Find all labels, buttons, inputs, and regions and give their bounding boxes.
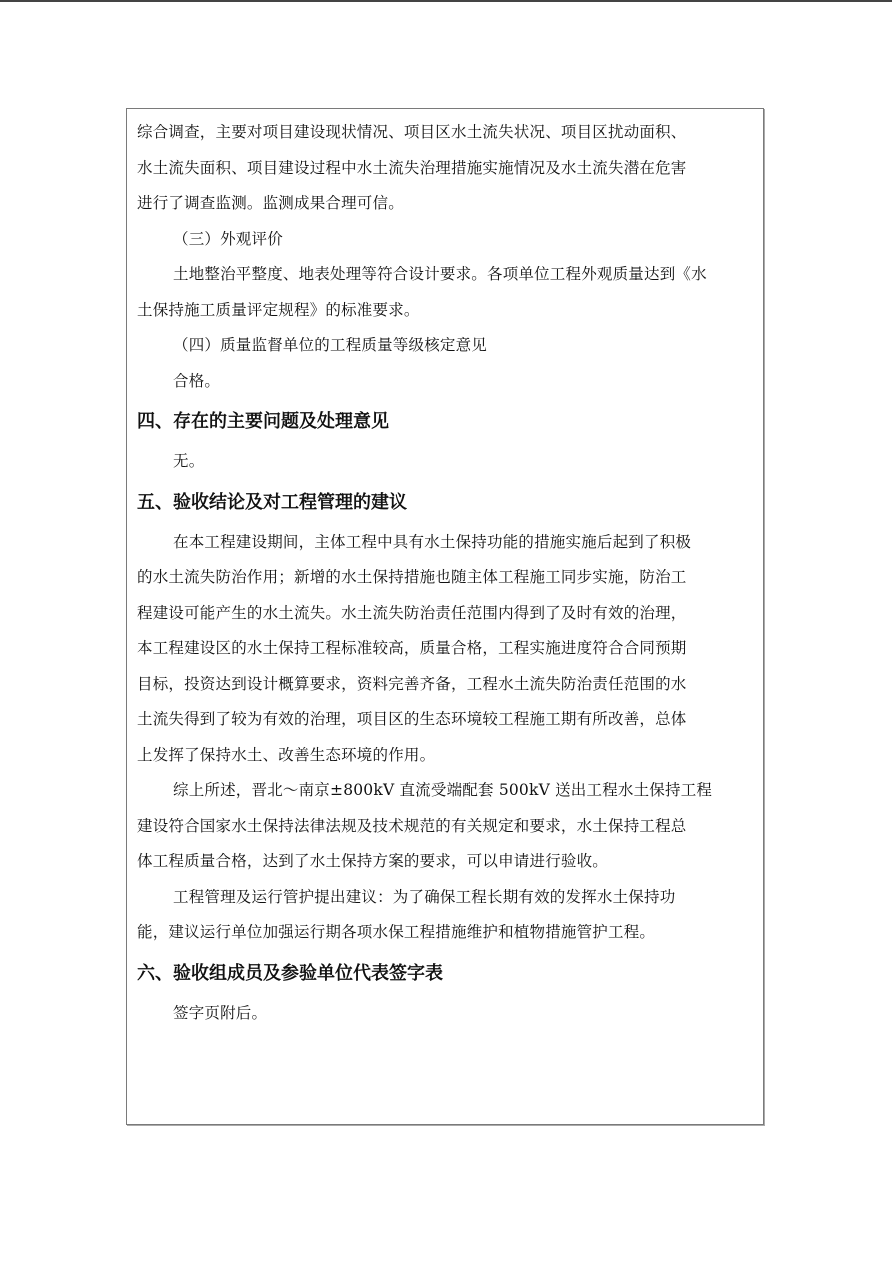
body-line: 建设符合国家水土保持法律法规及技术规范的有关规定和要求，水土保持工程总 [137, 809, 757, 845]
body-line: 综合调查，主要对项目建设现状情况、项目区水土流失状况、项目区扰动面积、 [137, 115, 757, 151]
document-body: 综合调查，主要对项目建设现状情况、项目区水土流失状况、项目区扰动面积、 水土流失… [137, 115, 757, 1031]
body-line: 本工程建设区的水土保持工程标准较高，质量合格，工程实施进度符合合同预期 [137, 631, 757, 667]
page-top-rule [0, 0, 892, 2]
content-frame: 综合调查，主要对项目建设现状情况、项目区水土流失状况、项目区扰动面积、 水土流失… [126, 108, 764, 1125]
body-line: 的水土流失防治作用；新增的水土保持措施也随主体工程施工同步实施，防治工 [137, 560, 757, 596]
section-heading-issues: 四、存在的主要问题及处理意见 [137, 399, 757, 444]
subsection-title-appearance: （三）外观评价 [137, 222, 757, 258]
section-heading-conclusion: 五、验收结论及对工程管理的建议 [137, 480, 757, 525]
body-line: 目标，投资达到设计概算要求，资料完善齐备，工程水土流失防治责任范围的水 [137, 667, 757, 703]
body-line: 上发挥了保持水土、改善生态环境的作用。 [137, 738, 757, 774]
body-line: 工程管理及运行管护提出建议：为了确保工程长期有效的发挥水土保持功 [137, 880, 757, 916]
body-line: 土流失得到了较为有效的治理，项目区的生态环境较工程施工期有所改善，总体 [137, 702, 757, 738]
body-line: 无。 [137, 444, 757, 480]
body-line: 程建设可能产生的水土流失。水土流失防治责任范围内得到了及时有效的治理， [137, 596, 757, 632]
body-line: 在本工程建设期间，主体工程中具有水土保持功能的措施实施后起到了积极 [137, 525, 757, 561]
body-line: 土地整治平整度、地表处理等符合设计要求。各项单位工程外观质量达到《水 [137, 257, 757, 293]
body-line: 能，建议运行单位加强运行期各项水保工程措施维护和植物措施管护工程。 [137, 915, 757, 951]
body-line: 体工程质量合格，达到了水土保持方案的要求，可以申请进行验收。 [137, 844, 757, 880]
body-line: 水土流失面积、项目建设过程中水土流失治理措施实施情况及水土流失潜在危害 [137, 151, 757, 187]
body-line: 合格。 [137, 364, 757, 400]
body-line: 签字页附后。 [137, 996, 757, 1032]
body-line: 综上所述，晋北～南京±800kV 直流受端配套 500kV 送出工程水土保持工程 [137, 773, 757, 809]
section-heading-signatures: 六、验收组成员及参验单位代表签字表 [137, 951, 757, 996]
body-line: 进行了调查监测。监测成果合理可信。 [137, 186, 757, 222]
body-line: 土保持施工质量评定规程》的标准要求。 [137, 293, 757, 329]
subsection-title-quality-supervision: （四）质量监督单位的工程质量等级核定意见 [137, 328, 757, 364]
